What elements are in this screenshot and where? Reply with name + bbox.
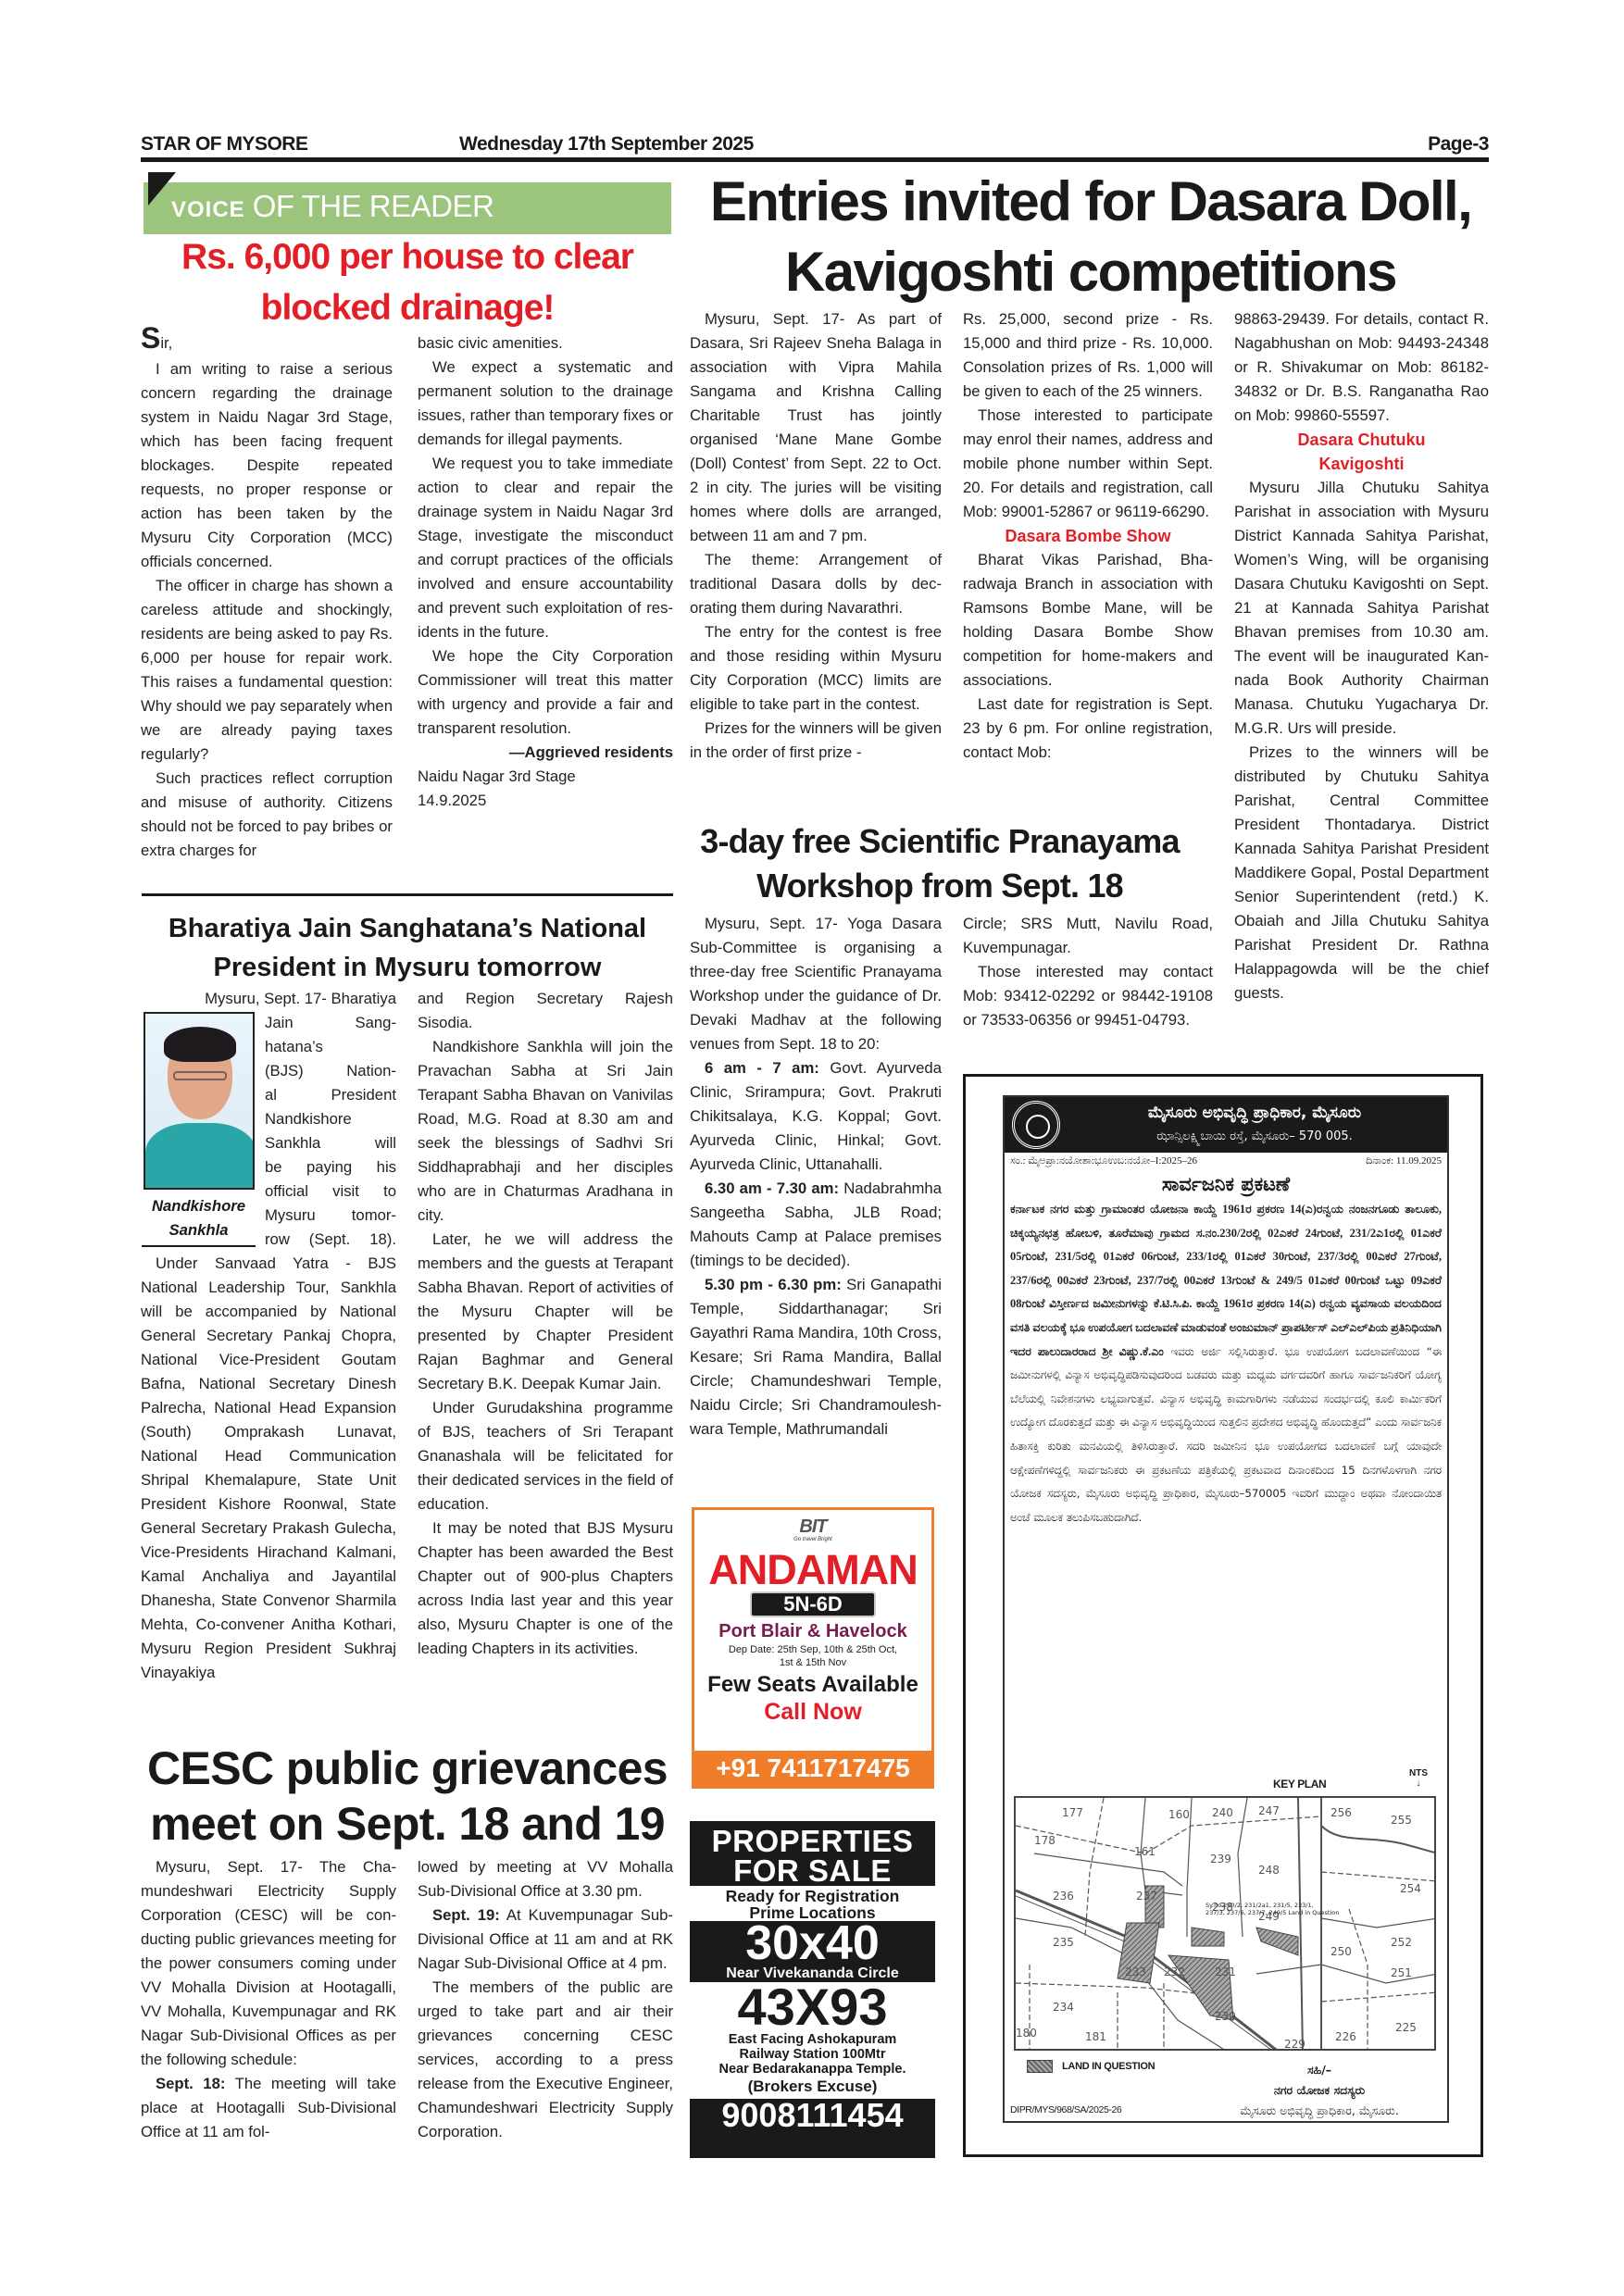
- dasara-column-3: 98863-29439. For details, con­tact R. Na…: [1234, 307, 1489, 1005]
- chutuku-subhead: Dasara Chutuku Kavigoshti: [1234, 428, 1489, 476]
- ad-title: PROPERTIES: [690, 1821, 935, 1856]
- svg-text:235: 235: [1053, 1936, 1074, 1949]
- svg-text:178: 178: [1034, 1834, 1056, 1847]
- svg-text:226: 226: [1335, 2030, 1356, 2043]
- letter-paragraph: We request you to take imme­diate action…: [418, 452, 673, 644]
- notice-reference: ಸಂ.: ಮೈಅಪ್ರಾ:ನಯೋಶಾ:ಭೂಉಬ:ನಯೋ–I:2025–26 ದಿ…: [1005, 1153, 1447, 1170]
- ad-places: Port Blair & Havelock: [694, 1619, 931, 1643]
- notice-body: ಕರ್ನಾಟಕ ನಗರ ಮತ್ತು ಗ್ರಾಮಾಂತರ ಯೋಜನಾ ಕಾಯ್ದೆ…: [1005, 1198, 1447, 1721]
- masthead-rule: [141, 157, 1489, 162]
- bit-logo: BIT: [789, 1517, 837, 1536]
- letter-paragraph: Such practices reflect cor­ruption and m…: [141, 767, 393, 863]
- ad-destination: ANDAMAN: [694, 1549, 931, 1591]
- svg-text:237/3, 237/6, 237/7, 249/5 Lan: 237/3, 237/6, 237/7, 249/5 Land in Quest…: [1206, 1909, 1339, 1916]
- cesc-headline: CESC public grievances meet on Sept. 18 …: [139, 1741, 676, 1852]
- svg-text:255: 255: [1391, 1814, 1412, 1827]
- bjs-wrap-text: Jain Sang- hatana’s (BJS) Nation- al Pre…: [265, 1011, 396, 1252]
- bjs-column-2: and Region Secretary Rajesh Sisodia. Nan…: [418, 987, 673, 1661]
- hatch-swatch-icon: [1027, 2060, 1053, 2073]
- time-slot: 6 am - 7 am:: [705, 1059, 819, 1077]
- svg-text:229: 229: [1284, 2038, 1305, 2051]
- svg-text:251: 251: [1391, 1966, 1412, 1979]
- ad-cta: Call Now: [694, 1699, 931, 1725]
- key-plan-label: KEY PLAN: [1273, 1778, 1326, 1791]
- paper-name: STAR OF MYSORE: [141, 133, 307, 156]
- north-arrow-icon: ↓: [1409, 1778, 1428, 1789]
- plot-size: 43X93: [690, 1982, 935, 2032]
- dasara-headline: Entries invited for Dasara Doll, Kavigos…: [690, 167, 1492, 307]
- plot-location: Near Bedarakanappa Temple.: [690, 2062, 935, 2077]
- letter-column-2: basic civic amenities. We expect a syste…: [418, 331, 673, 813]
- letter-paragraph: I am writing to raise a serious concern …: [141, 357, 393, 574]
- page-number: Page-3: [1428, 133, 1489, 156]
- notice-header: ಮೈಸೂರು ಅಭಿವೃದ್ಧಿ ಪ್ರಾಧಿಕಾರ, ಮೈಸೂರು ಝಾನ್ಸ…: [1005, 1097, 1447, 1153]
- svg-text:250: 250: [1330, 1945, 1352, 1958]
- letter-location: Naidu Nagar 3rd Stage: [418, 765, 673, 789]
- salutation: Sir,: [141, 324, 393, 357]
- svg-text:233: 233: [1125, 1965, 1146, 1978]
- key-plan-map: 177160240247256255 178161239248 23623723…: [1014, 1796, 1436, 2051]
- bjs-headline: Bharatiya Jain Sanghatana’s National Pre…: [139, 909, 676, 987]
- voice-of-reader-label: VOICEOF THE READER: [171, 189, 493, 224]
- map-note: Sy.no.230/2, 231/2a1, 231/5, 233/1,: [1206, 1902, 1314, 1909]
- svg-text:181: 181: [1085, 2030, 1106, 2043]
- photo-caption: Nandkishore Sankhla: [141, 1194, 256, 1242]
- svg-text:237: 237: [1136, 1890, 1157, 1903]
- issue-date: Wednesday 17th September 2025: [459, 133, 754, 156]
- bjs-column-1: Under Sanvaad Yatra - BJS National Leade…: [141, 1252, 396, 1685]
- ad-phone: +91 7411717475: [694, 1751, 931, 1786]
- svg-text:254: 254: [1400, 1882, 1421, 1895]
- map-legend: LAND IN QUESTION: [1027, 2060, 1155, 2073]
- bombe-show-subhead: Dasara Bombe Show: [963, 524, 1213, 548]
- section-divider: [142, 893, 673, 896]
- andaman-tour-ad[interactable]: BIT Go travel Bright ANDAMAN 5N-6D Port …: [692, 1507, 934, 1789]
- svg-text:161: 161: [1134, 1845, 1156, 1858]
- time-slot: 6.30 am - 7.30 am:: [705, 1179, 839, 1197]
- letter-paragraph: The officer in charge has shown a carele…: [141, 574, 393, 767]
- properties-for-sale-ad[interactable]: PROPERTIES FOR SALE Ready for Registrati…: [690, 1821, 935, 2158]
- plot-location: Railway Station 100Mtr: [690, 2047, 935, 2062]
- dasara-column-2: Rs. 25,000, second prize - Rs. 15,000 an…: [963, 307, 1213, 765]
- bjs-lead: Mysuru, Sept. 17- Bharatiya: [141, 987, 396, 1011]
- svg-text:177: 177: [1062, 1806, 1083, 1819]
- plot-location: East Facing Ashokapuram: [690, 2032, 935, 2047]
- svg-text:252: 252: [1391, 1936, 1412, 1949]
- svg-text:180: 180: [1016, 2027, 1037, 2040]
- seal-emblem-icon: [1012, 1101, 1060, 1149]
- portrait-photo: [144, 1012, 255, 1190]
- public-notice-ad: ಮೈಸೂರು ಅಭಿವೃದ್ಧಿ ಪ್ರಾಧಿಕಾರ, ಮೈಸೂರು ಝಾನ್ಸ…: [963, 1074, 1483, 2157]
- ad-dep-dates: 1st & 15th Nov: [694, 1656, 931, 1669]
- notice-signature: ಸಹಿ/– ನಗರ ಯೋಜಕ ಸದಸ್ಯರು ಮೈಸೂರು ಅಭಿವೃದ್ಧಿ …: [1199, 2060, 1440, 2121]
- svg-text:230: 230: [1215, 2010, 1236, 2023]
- map-drawing: 177160240247256255 178161239248 23623723…: [1016, 1798, 1436, 2051]
- schedule-label: Sept. 19:: [432, 1906, 500, 1924]
- svg-text:247: 247: [1258, 1804, 1280, 1817]
- svg-text:231: 231: [1215, 1965, 1236, 1978]
- plot-size: 30x40: [690, 1921, 935, 1965]
- caption-rule: [142, 1245, 256, 1247]
- svg-text:236: 236: [1053, 1890, 1074, 1903]
- letter-signature: —Aggrieved residents: [418, 741, 673, 765]
- pranayama-column-1: Mysuru, Sept. 17- Yoga Dasara Sub-Commit…: [690, 912, 942, 1441]
- letter-paragraph: We expect a systematic and permanent sol…: [418, 356, 673, 452]
- notice-org-address: ಝಾನ್ಸಿಲಕ್ಷ್ಮಿಬಾಯಿ ರಸ್ತೆ, ಮೈಸೂರು– 570 005…: [1069, 1127, 1440, 1147]
- cesc-column-1: Mysuru, Sept. 17- The Cha­mundeshwari El…: [141, 1855, 396, 2144]
- cesc-column-2: lowed by meeting at VV Mohalla Sub-Divis…: [418, 1855, 673, 2144]
- dipr-code: DIPR/MYS/968/SA/2025-26: [1010, 2104, 1121, 2115]
- schedule-label: Sept. 18:: [156, 2075, 225, 2092]
- pranayama-headline: 3-day free Scientific Pranayama Workshop…: [690, 819, 1190, 908]
- ad-seats: Few Seats Available: [694, 1671, 931, 1699]
- letter-paragraph: We hope the City Corpora­tion Commission…: [418, 644, 673, 741]
- svg-text:232: 232: [1164, 1965, 1185, 1978]
- bit-tagline: Go travel Bright: [694, 1536, 931, 1543]
- notice-subject: ಸಾರ್ವಜನಿಕ ಪ್ರಕಟಣೆ: [1005, 1170, 1447, 1198]
- letter-date: 14.9.2025: [418, 789, 673, 813]
- letter-paragraph: basic civic amenities.: [418, 331, 673, 356]
- svg-text:248: 248: [1258, 1864, 1280, 1877]
- dasara-column-1: Mysuru, Sept. 17- As part of Dasara, Sri…: [690, 307, 942, 765]
- svg-text:239: 239: [1210, 1853, 1231, 1865]
- ad-dep-dates: Dep Date: 25th Sep, 10th & 25th Oct,: [694, 1643, 931, 1656]
- time-slot: 5.30 pm - 6.30 pm:: [705, 1276, 842, 1293]
- ad-duration-badge: 5N-6D: [750, 1591, 876, 1617]
- ad-phone: 9008111454: [690, 2099, 935, 2132]
- pranayama-column-2: Circle; SRS Mutt, Navilu Road, Kuvempuna…: [963, 912, 1213, 1032]
- notice-org-title: ಮೈಸೂರು ಅಭಿವೃದ್ಧಿ ಪ್ರಾಧಿಕಾರ, ಮೈಸೂರು: [1069, 1101, 1440, 1125]
- nts-label: NTS ↓: [1409, 1768, 1428, 1789]
- ad-title: FOR SALE: [690, 1856, 935, 1886]
- letter-column-1: Sir, I am writing to raise a serious con…: [141, 324, 393, 863]
- letter-headline: Rs. 6,000 per house to clear blocked dra…: [141, 231, 674, 333]
- svg-text:160: 160: [1168, 1808, 1190, 1821]
- svg-text:225: 225: [1395, 2021, 1417, 2034]
- svg-text:240: 240: [1212, 1806, 1233, 1819]
- svg-text:256: 256: [1330, 1806, 1352, 1819]
- svg-text:234: 234: [1053, 2001, 1074, 2014]
